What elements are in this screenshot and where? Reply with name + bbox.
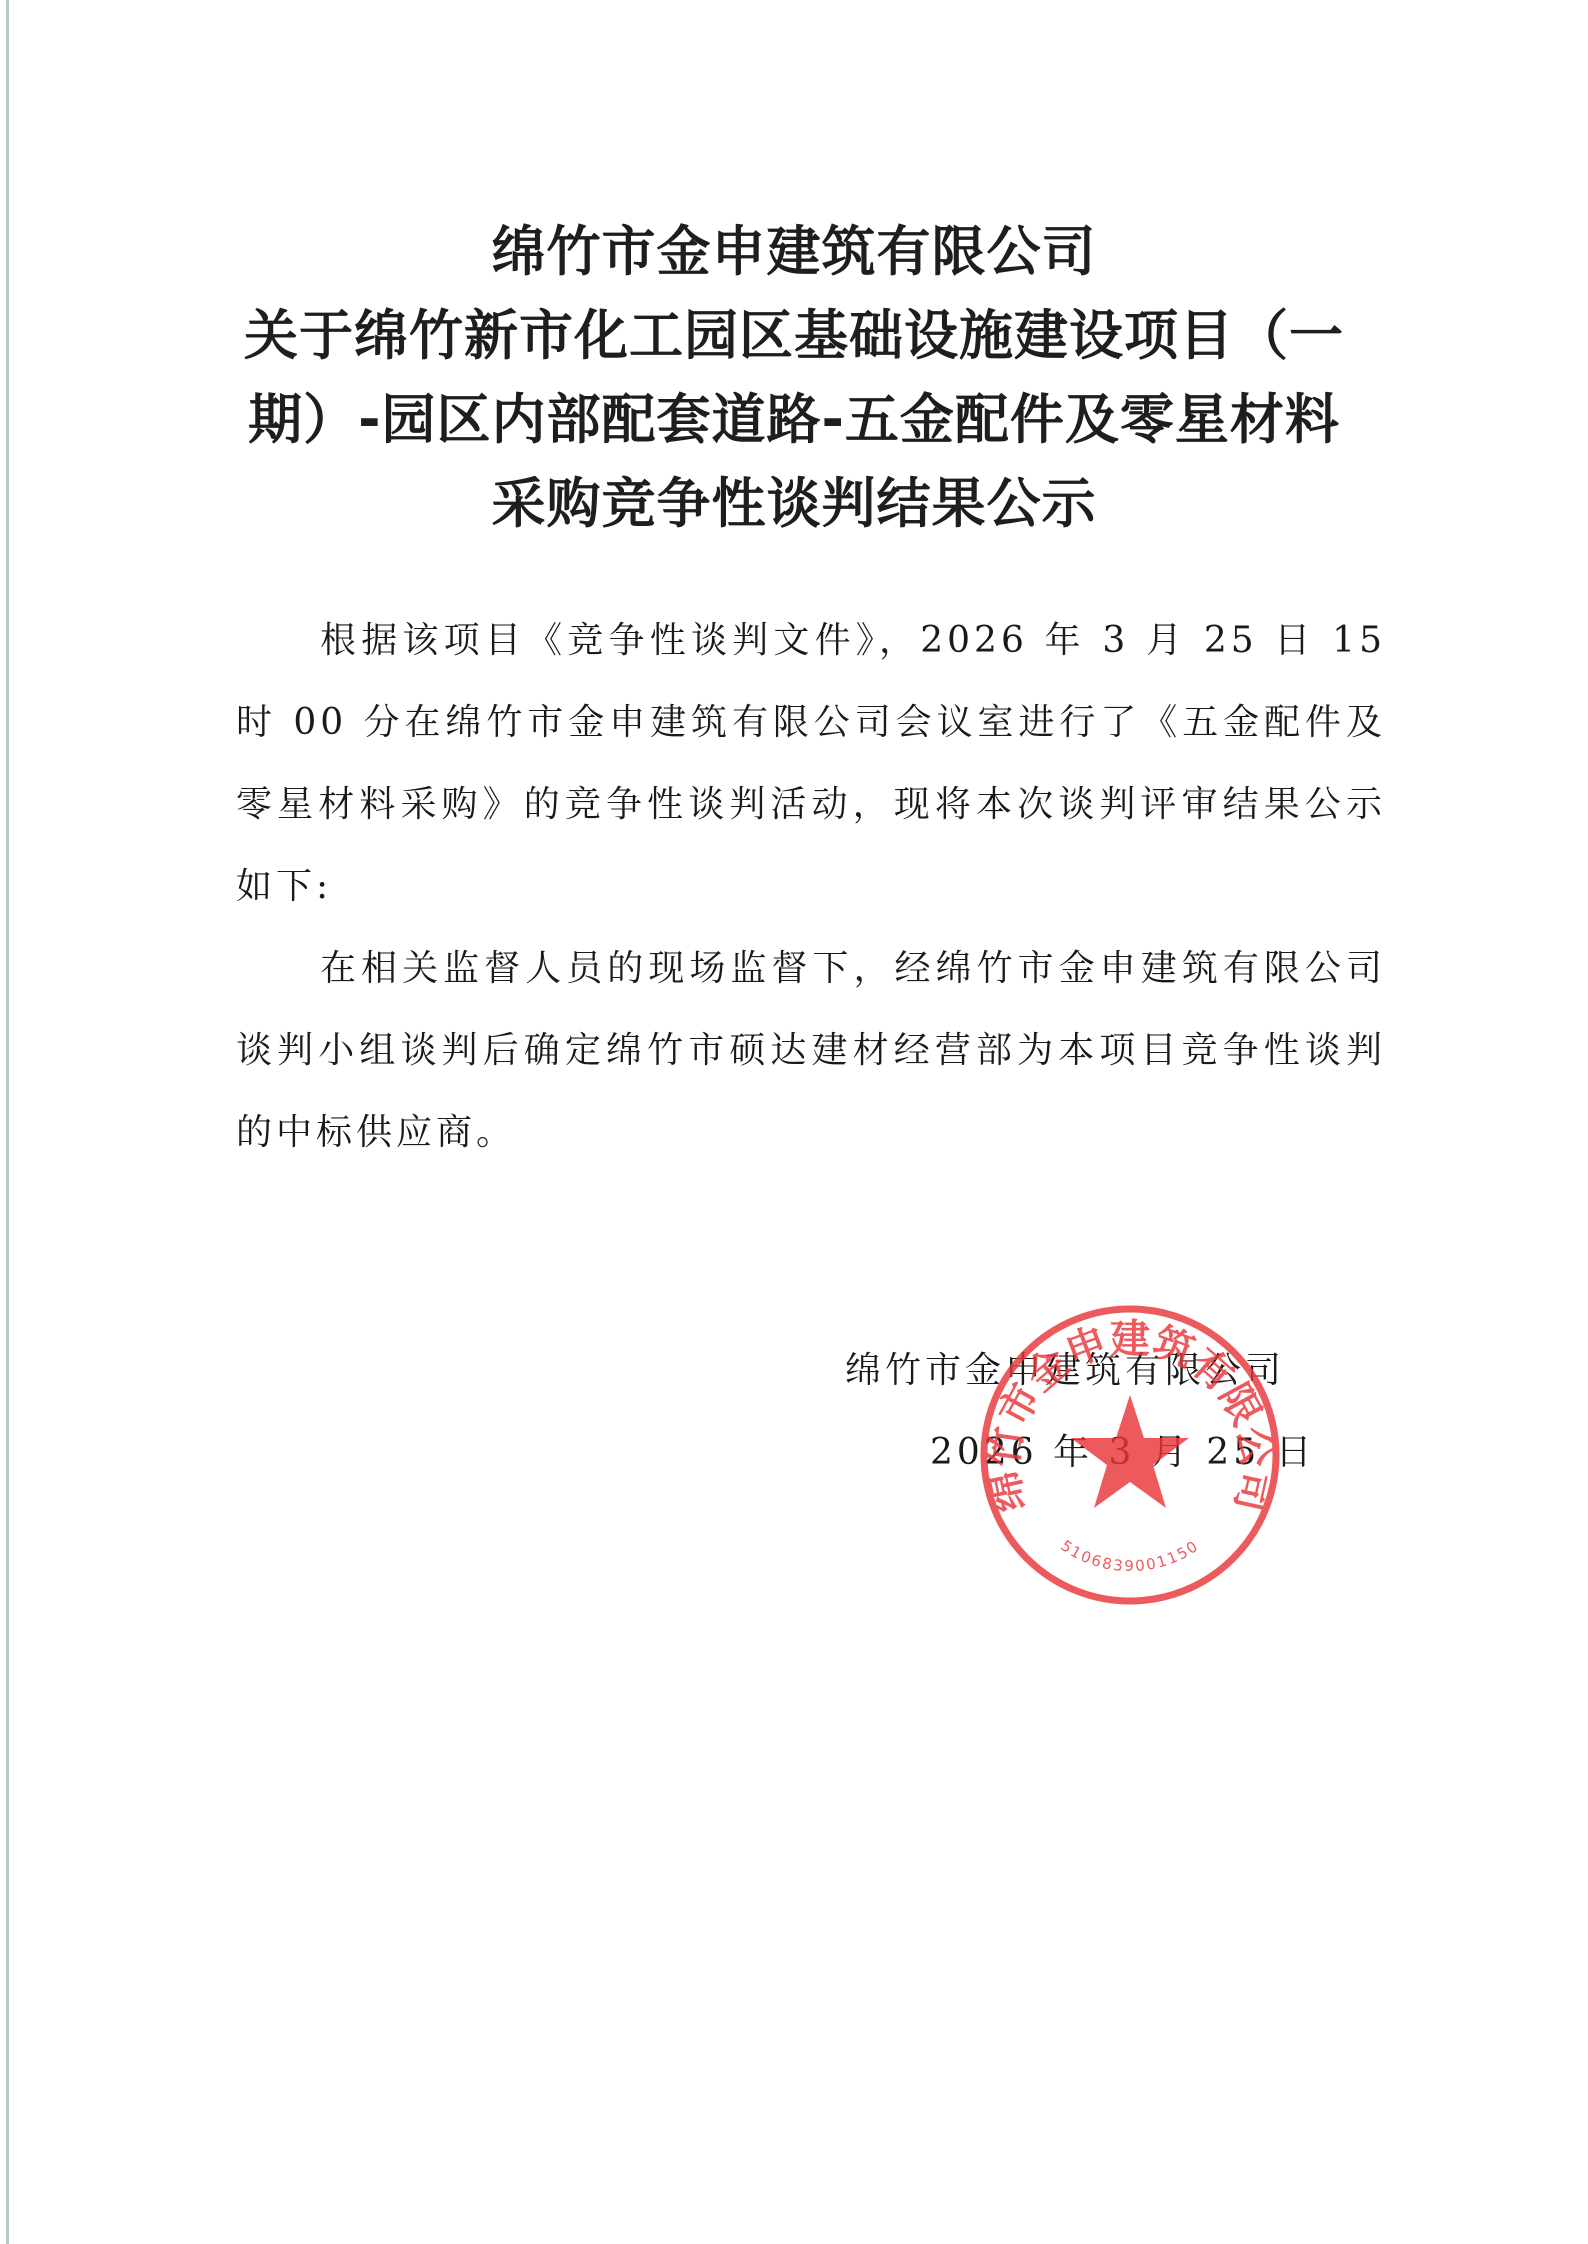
title-line-2: 关于绵竹新市化工园区基础设施建设项目（一 bbox=[0, 294, 1588, 378]
signature-company: 绵竹市金申建筑有限公司 bbox=[840, 1330, 1320, 1412]
paragraph-negotiation-info: 根据该项目《竞争性谈判文件》，2026 年 3 月 25 日 15 时 00 分… bbox=[236, 600, 1386, 928]
paragraph-result: 在相关监督人员的现场监督下，经绵竹市金申建筑有限公司谈判小组谈判后确定绵竹市硕达… bbox=[236, 928, 1386, 1174]
title-line-1: 绵竹市金申建筑有限公司 bbox=[0, 210, 1588, 294]
seal-code: 5106839001150 bbox=[1057, 1536, 1202, 1575]
signature-block: 绵竹市金申建筑有限公司 2026 年 3 月 25 日 bbox=[840, 1330, 1320, 1494]
title-line-3: 期）-园区内部配套道路-五金配件及零星材料 bbox=[0, 378, 1588, 462]
document-title: 绵竹市金申建筑有限公司 关于绵竹新市化工园区基础设施建设项目（一 期）-园区内部… bbox=[0, 210, 1588, 546]
title-line-4: 采购竞争性谈判结果公示 bbox=[0, 462, 1588, 546]
document-body: 根据该项目《竞争性谈判文件》，2026 年 3 月 25 日 15 时 00 分… bbox=[236, 600, 1386, 1174]
signature-date: 2026 年 3 月 25 日 bbox=[840, 1412, 1320, 1494]
